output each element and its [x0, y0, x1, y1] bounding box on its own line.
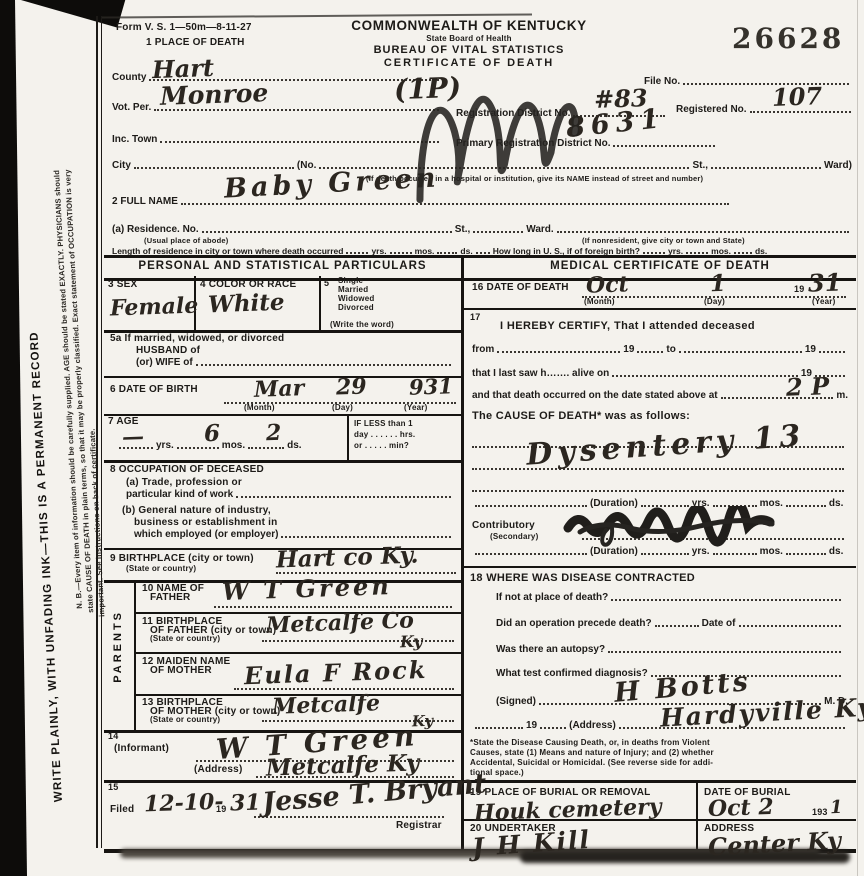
date-of-label: Date of [702, 618, 736, 629]
occupation-row: 8 OCCUPATION OF DECEASED (a) Trade, prof… [104, 460, 461, 550]
age-mos-label: mos. [222, 440, 245, 451]
filed-row: 15 Filed 12-10- 19 31 Jesse T. Bryant Re… [104, 780, 461, 848]
occupation-b1: (b) General nature of industry, [122, 505, 271, 517]
dotted-leader [475, 725, 523, 729]
marital-options: Single Married Widowed Divorced [338, 277, 374, 313]
dotted-leader [281, 534, 451, 538]
age-years-value: — [122, 424, 145, 451]
vot-per-label: Vot. Per. [112, 102, 151, 113]
cause-of-death-value: Dysentery 13 [525, 418, 806, 472]
dob-day-value: 29 [336, 373, 368, 400]
dob-label: 6 DATE OF BIRTH [110, 384, 198, 396]
signed-label: (Signed) [496, 696, 536, 707]
m-label: m. [836, 390, 848, 401]
father-bp-state-value: Ky [400, 632, 423, 652]
registered-no-value: 107 [772, 81, 823, 112]
parents-block: PARENTS 10 NAME OF FATHER W T Green 11 B… [104, 580, 461, 733]
year-caption: (Year) [812, 297, 835, 307]
if-less-line1: IF LESS than 1 [354, 419, 413, 429]
age-values-row: yrs. mos. ds. [116, 440, 338, 451]
cell-divider [319, 276, 321, 330]
marital-number: 5 [324, 278, 329, 289]
dod-day-value: 1 [710, 270, 727, 298]
residence-row: (a) Residence. No. St., Ward. [112, 224, 852, 235]
day-caption: (Day) [332, 403, 353, 413]
day-caption: (Day) [704, 297, 725, 307]
inc-town-row: Inc. Town [112, 134, 442, 145]
form-number: Form V. S. 1—50m—8-11-27 [116, 22, 252, 34]
dotted-leader [497, 349, 620, 353]
race-value: White [208, 289, 285, 319]
dod-19-printed: 19 [794, 284, 804, 295]
fine-print-line1: *State the Disease Causing Death, or, in… [470, 738, 710, 748]
dotted-leader [612, 373, 798, 377]
wife-row: (or) WIFE of [136, 357, 454, 368]
age-days-value: 2 [266, 420, 282, 447]
birthplace-value: Hart co Ky. [276, 542, 419, 574]
commonwealth-title: COMMONWEALTH OF KENTUCKY [304, 18, 634, 34]
father-name-label2: FATHER [150, 592, 190, 604]
dotted-leader [236, 494, 451, 498]
certify-statement: I HEREBY CERTIFY, That I attended deceas… [500, 320, 755, 333]
dotted-leader [611, 597, 841, 601]
married-label: 5a If married, widowed, or divorced [110, 333, 284, 345]
dotted-leader [472, 488, 844, 492]
dotted-leader [686, 250, 708, 254]
dotted-leader [196, 362, 451, 366]
to-label: to [666, 344, 675, 355]
dotted-leader [134, 165, 294, 169]
sex-value: Female [110, 292, 199, 321]
dotted-leader [476, 250, 490, 254]
date-of-death-row: 16 DATE OF DEATH Oct 1 19 31 (Month) (Da… [464, 276, 856, 310]
dob-month-value: Mar [254, 375, 305, 403]
dotted-leader [475, 551, 587, 555]
occupation-a1: (a) Trade, profession or [126, 477, 242, 489]
age-yrs-label: yrs. [156, 440, 174, 451]
dotted-leader [786, 551, 826, 555]
mother-name-value: Eula F Rock [244, 655, 428, 690]
from-label: from [472, 344, 494, 355]
married-widowed-row: 5a If married, widowed, or divorced HUSB… [104, 330, 461, 378]
parents-vertical-label: PARENTS [112, 610, 124, 683]
inc-town-label: Inc. Town [112, 134, 157, 145]
dotted-leader [679, 349, 802, 353]
month-caption: (Month) [244, 403, 275, 413]
filed-number: 15 [108, 782, 118, 793]
age-ds-label: ds. [287, 440, 301, 451]
dotted-leader [608, 649, 841, 653]
state-country-caption: (State or country) [150, 634, 220, 644]
state-country-caption: (State or country) [150, 715, 220, 725]
crossed-out-scribble [560, 506, 800, 550]
age-row: 7 AGE yrs. mos. ds. — 6 2 IF LESS than 1… [104, 414, 461, 463]
burial-year-handwritten: 1 [830, 797, 843, 818]
state-country-caption: (State or country) [126, 564, 196, 574]
form-left-border-inner [101, 16, 102, 848]
dod-month-value: Oct [586, 271, 630, 298]
mother-name-label2: OF MOTHER [150, 665, 212, 677]
occupation-label: 8 OCCUPATION OF DECEASED [110, 464, 264, 476]
city-ward-label: Ward) [824, 160, 852, 171]
dotted-leader [655, 623, 699, 627]
sex-label: 3 SEX [108, 279, 137, 291]
cause-of-death-label: The CAUSE OF DEATH* was as follows: [472, 410, 690, 423]
certificate-serial-number: 26628 [732, 22, 844, 55]
dob-year-value: 931 [409, 373, 454, 400]
where-contracted-label: 18 WHERE WAS DISEASE CONTRACTED [470, 572, 695, 585]
last-saw-label: that I last saw h……. alive on [472, 368, 609, 379]
operation-label: Did an operation precede death? [496, 618, 652, 629]
husband-label: HUSBAND of [136, 345, 200, 357]
occupation-a2: particular kind of work [126, 489, 233, 500]
dotted-leader [641, 551, 689, 555]
certify-number: 17 [470, 312, 480, 323]
fine-print-line3: Accidental, Suicidal or Homicidal. (See … [470, 758, 713, 768]
full-name-label: 2 FULL NAME [112, 196, 178, 207]
place-of-death-heading: 1 PLACE OF DEATH [146, 37, 245, 49]
mother-bp-value: Metcalfe [272, 690, 381, 720]
residence-ward-label: Ward. [526, 224, 553, 235]
dotted-leader [202, 229, 452, 233]
occupation-a2-row: particular kind of work [126, 489, 454, 500]
if-not-label: If not at place of death? [496, 592, 608, 603]
autopsy-label: Was there an autopsy? [496, 644, 605, 655]
attended-from-row: from 19 to 19 [472, 344, 848, 355]
dotted-leader [739, 623, 842, 627]
date-of-birth-row: 6 DATE OF BIRTH Mar 29 931 (Month) (Day)… [104, 376, 461, 416]
address-label: (Address) [569, 720, 616, 731]
marital-note: (Write the word) [330, 320, 394, 330]
dotted-leader [711, 165, 821, 169]
death-occurred-label: and that death occurred on the date stat… [472, 390, 718, 401]
certificate-form: Form V. S. 1—50m—8-11-27 1 PLACE OF DEAT… [104, 16, 856, 848]
filed-year-value: 31 [230, 789, 262, 816]
form-left-border [96, 16, 98, 848]
filed-label: Filed [110, 804, 134, 816]
operation-row: Did an operation precede death? Date of [496, 618, 844, 629]
occupation-b3-row: which employed (or employer) [134, 529, 454, 540]
personal-column: PERSONAL AND STATISTICAL PARTICULARS 3 S… [104, 258, 464, 849]
informant-label: (Informant) [114, 743, 169, 755]
filed-date-value: 12-10- [144, 789, 224, 818]
printed-19: 19 [805, 344, 816, 355]
printed-19: 19 [526, 720, 537, 731]
age-months-value: 6 [204, 420, 221, 448]
dotted-leader [819, 349, 845, 353]
registered-no-row: Registered No. [676, 104, 854, 115]
dotted-leader [540, 725, 566, 729]
dod-year-value: 31 [808, 267, 842, 297]
occupation-b3: which employed (or employer) [134, 529, 278, 540]
marital-divorced: Divorced [338, 304, 374, 313]
abode-note: (Usual place of abode) [144, 236, 228, 245]
dotted-leader [557, 229, 849, 233]
if-less-line3: or . . . . . min? [354, 441, 409, 451]
registrar-label: Registrar [396, 820, 442, 832]
county-label: County [112, 72, 146, 83]
cell-divider [347, 414, 349, 460]
city-label: City [112, 160, 131, 171]
cell-divider [696, 783, 698, 852]
dod-label: 16 DATE OF DEATH [472, 282, 569, 294]
file-no-label: File No. [644, 76, 680, 87]
scanned-death-certificate: WRITE PLAINLY, WITH UNFADING INK—THIS IS… [0, 0, 864, 876]
dotted-leader [346, 250, 368, 254]
sex-race-marital-row: 3 SEX Female 4 COLOR OR RACE White 5 Sin… [104, 276, 461, 333]
dotted-leader [734, 250, 752, 254]
occupation-b2: business or establishment in [134, 517, 277, 529]
burial-year-printed: 193 [812, 807, 828, 818]
scan-right-edge-line [857, 0, 858, 876]
autopsy-row: Was there an autopsy? [496, 644, 844, 655]
nonresident-note: (If nonresident, give city or town and S… [582, 236, 745, 245]
registered-no-label: Registered No. [676, 104, 747, 115]
residence-label: (a) Residence. No. [112, 224, 199, 235]
burial-date-value: Oct 2 [708, 794, 775, 822]
row-divider [134, 652, 461, 654]
particulars-columns: PERSONAL AND STATISTICAL PARTICULARS 3 S… [104, 255, 856, 853]
burial-place-value: Houk cemetery [474, 794, 662, 827]
contributory-label: Contributory [472, 520, 535, 532]
burial-block: 19 PLACE OF BURIAL OR REMOVAL Houk cemet… [464, 780, 856, 852]
father-name-value: W T Green [222, 571, 393, 606]
parents-label-cell: PARENTS [104, 580, 136, 730]
dotted-leader [643, 250, 665, 254]
dotted-leader [683, 81, 849, 85]
year-caption: (Year) [404, 403, 427, 413]
precinct-value-handwritten: Monroe [160, 78, 269, 111]
death-time-value: 2 P [786, 371, 830, 401]
dotted-leader [637, 349, 663, 353]
wife-label: (or) WIFE of [136, 357, 193, 368]
printed-19: 19 [623, 344, 634, 355]
dotted-leader [390, 250, 412, 254]
if-not-row: If not at place of death? [496, 592, 844, 603]
medical-column: MEDICAL CERTIFICATE OF DEATH 16 DATE OF … [464, 258, 856, 849]
dotted-leader [437, 250, 457, 254]
ds-label: ds. [829, 498, 843, 509]
dotted-leader [473, 229, 523, 233]
secondary-label: (Secondary) [490, 532, 538, 542]
city-st-label: St., [692, 160, 708, 171]
ds-label: ds. [829, 546, 843, 557]
father-bp-value: Metcalfe Co [266, 607, 415, 638]
if-less-line2: day . . . . . . hrs. [354, 430, 415, 440]
dotted-leader [262, 638, 454, 642]
informant-number: 14 [108, 731, 118, 742]
dotted-leader [713, 551, 757, 555]
section-divider [464, 566, 856, 568]
residence-st-label: St., [455, 224, 471, 235]
fine-print-line2: Causes, state (1) Means and nature of In… [470, 748, 714, 758]
